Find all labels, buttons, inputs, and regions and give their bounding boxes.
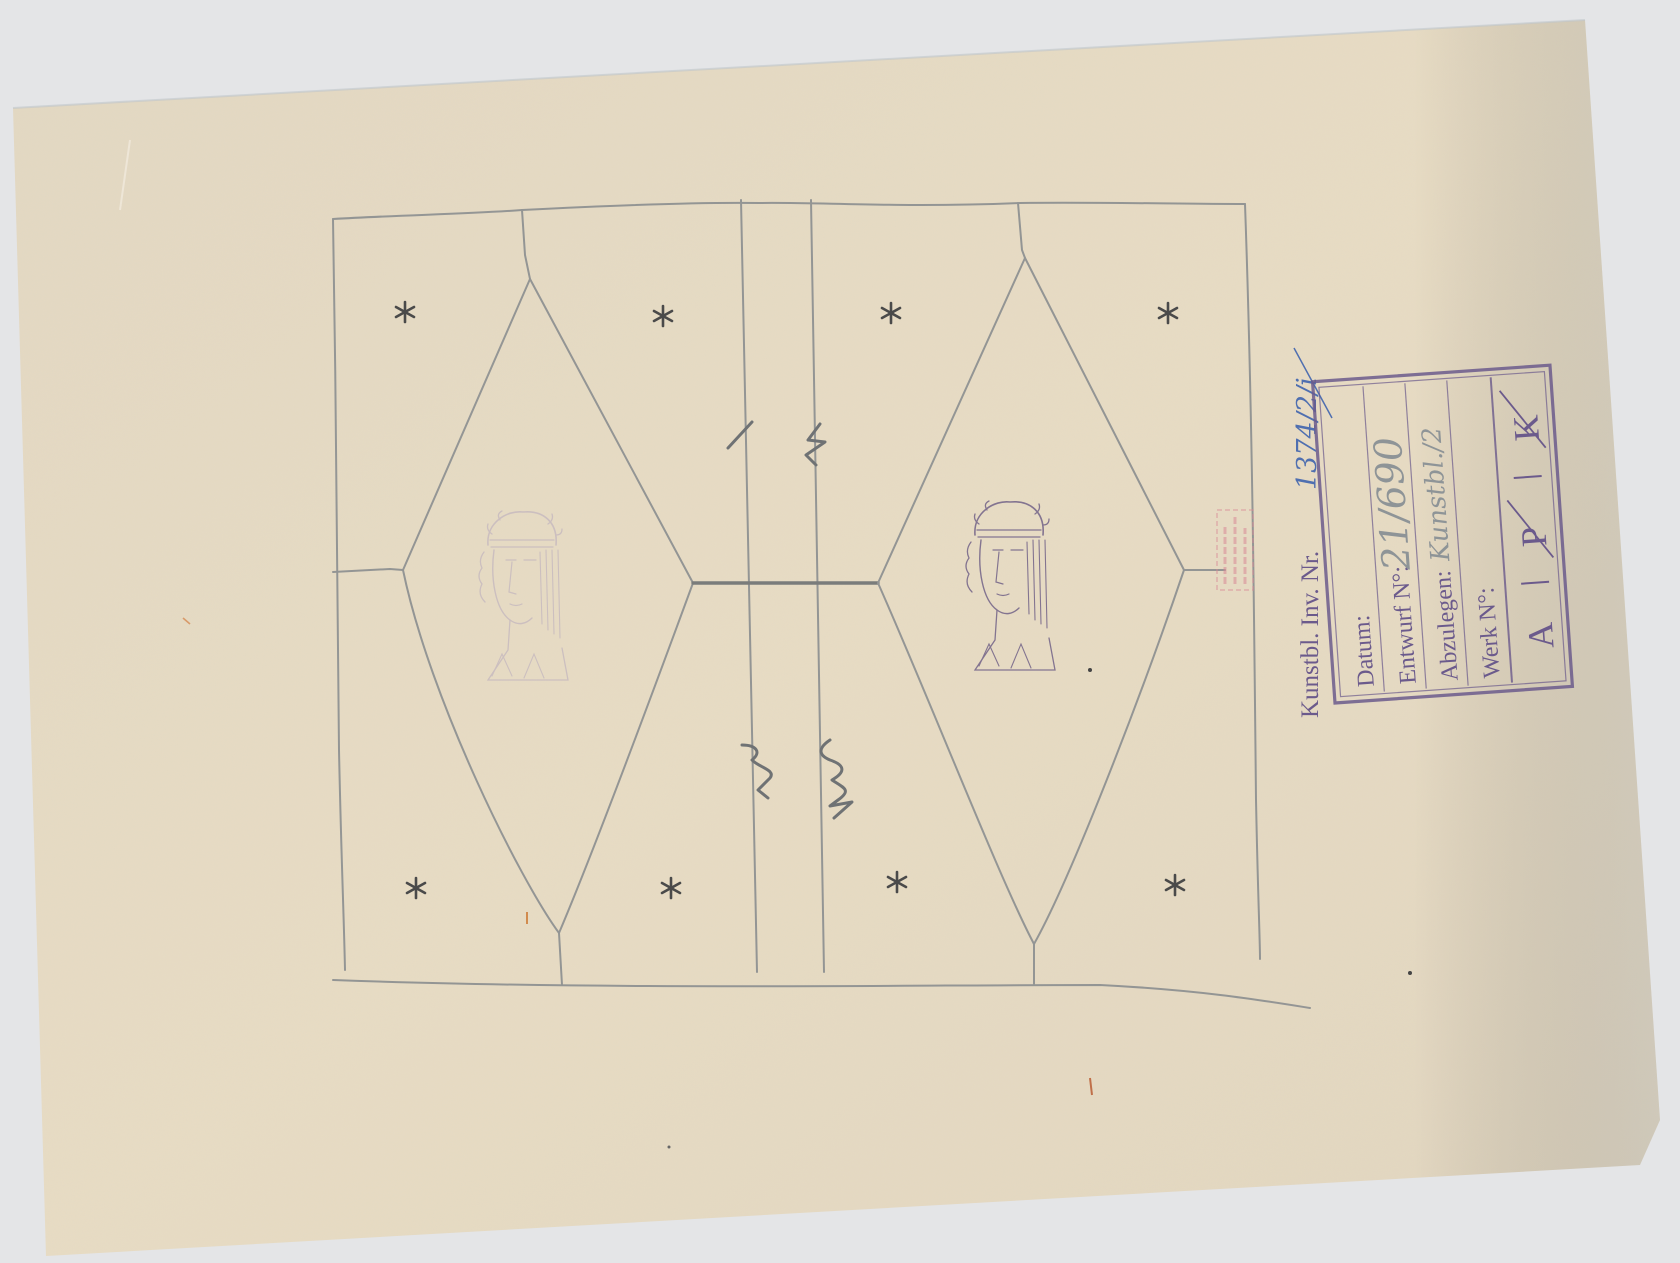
datum-label: Datum: <box>1349 614 1380 688</box>
inventory-prefix: Kunstbl. Inv. Nr. <box>1297 551 1324 718</box>
code-p: P <box>1513 525 1554 548</box>
code-a: A <box>1520 621 1562 650</box>
code-k: K <box>1505 414 1547 443</box>
document-scan: Kunstbl. Inv. Nr. 1374/2/i Datum: Entwur… <box>0 0 1680 1263</box>
entwurf-value: 21/690 <box>1366 435 1419 572</box>
